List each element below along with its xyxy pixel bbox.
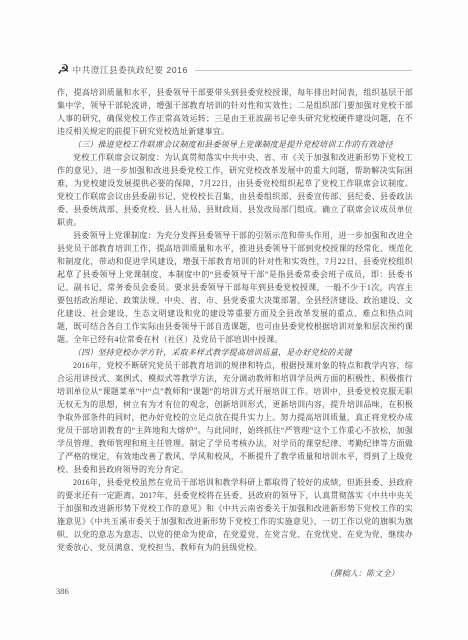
page-number: 386: [56, 586, 69, 596]
header-title: 中共澄江县委执政纪要 2016: [73, 64, 188, 76]
paragraph-leaders-lecture-system: 县委领导上党课制度：为充分发挥县委领导干部的引领示范和带头作用，进一步加强和改进…: [57, 229, 413, 346]
author-signature: （撰稿人：陈文全）: [57, 567, 413, 580]
paragraph-continuation: 作，提高培训质量和水平，县委领导干部要带头到县委党校授课，每年排出时间表，组织基…: [57, 86, 413, 138]
section-heading-4: （四）坚持党校办学方针，采取多样式教学提高培训质量，是办好党校的关键: [57, 346, 413, 359]
paragraph-teaching-methods: 2016年，党校不断研究党员干部教育培训的规律和特点，根据授课对象的特点和教学内…: [57, 359, 413, 476]
paragraph-joint-meeting-system: 党校工作联席会议制度：为认真贯彻落实中共中央、省、市《关于加强和改进新形势下党校…: [57, 151, 413, 229]
page-header: ☭ 中共澄江县委执政纪要 2016: [57, 63, 412, 77]
section-heading-3: （三）推进党校工作联席会议制度和县委领导上党课制度是提升党校培训工作的有效途径: [57, 138, 413, 151]
page-body: 作，提高培训质量和水平，县委领导干部要带头到县委党校授课，每年排出时间表，组织基…: [57, 86, 413, 580]
book-page: ☭ 中共澄江县委执政纪要 2016 作，提高培训质量和水平，县委领导干部要带头到…: [0, 0, 468, 640]
paragraph-outlook-2017: 2016年，县委党校虽然在党员干部培训和教学科研上都取得了较好的成绩，但距县委、…: [57, 476, 413, 554]
party-emblem-icon: ☭: [57, 63, 70, 77]
header-rule: [195, 70, 412, 71]
